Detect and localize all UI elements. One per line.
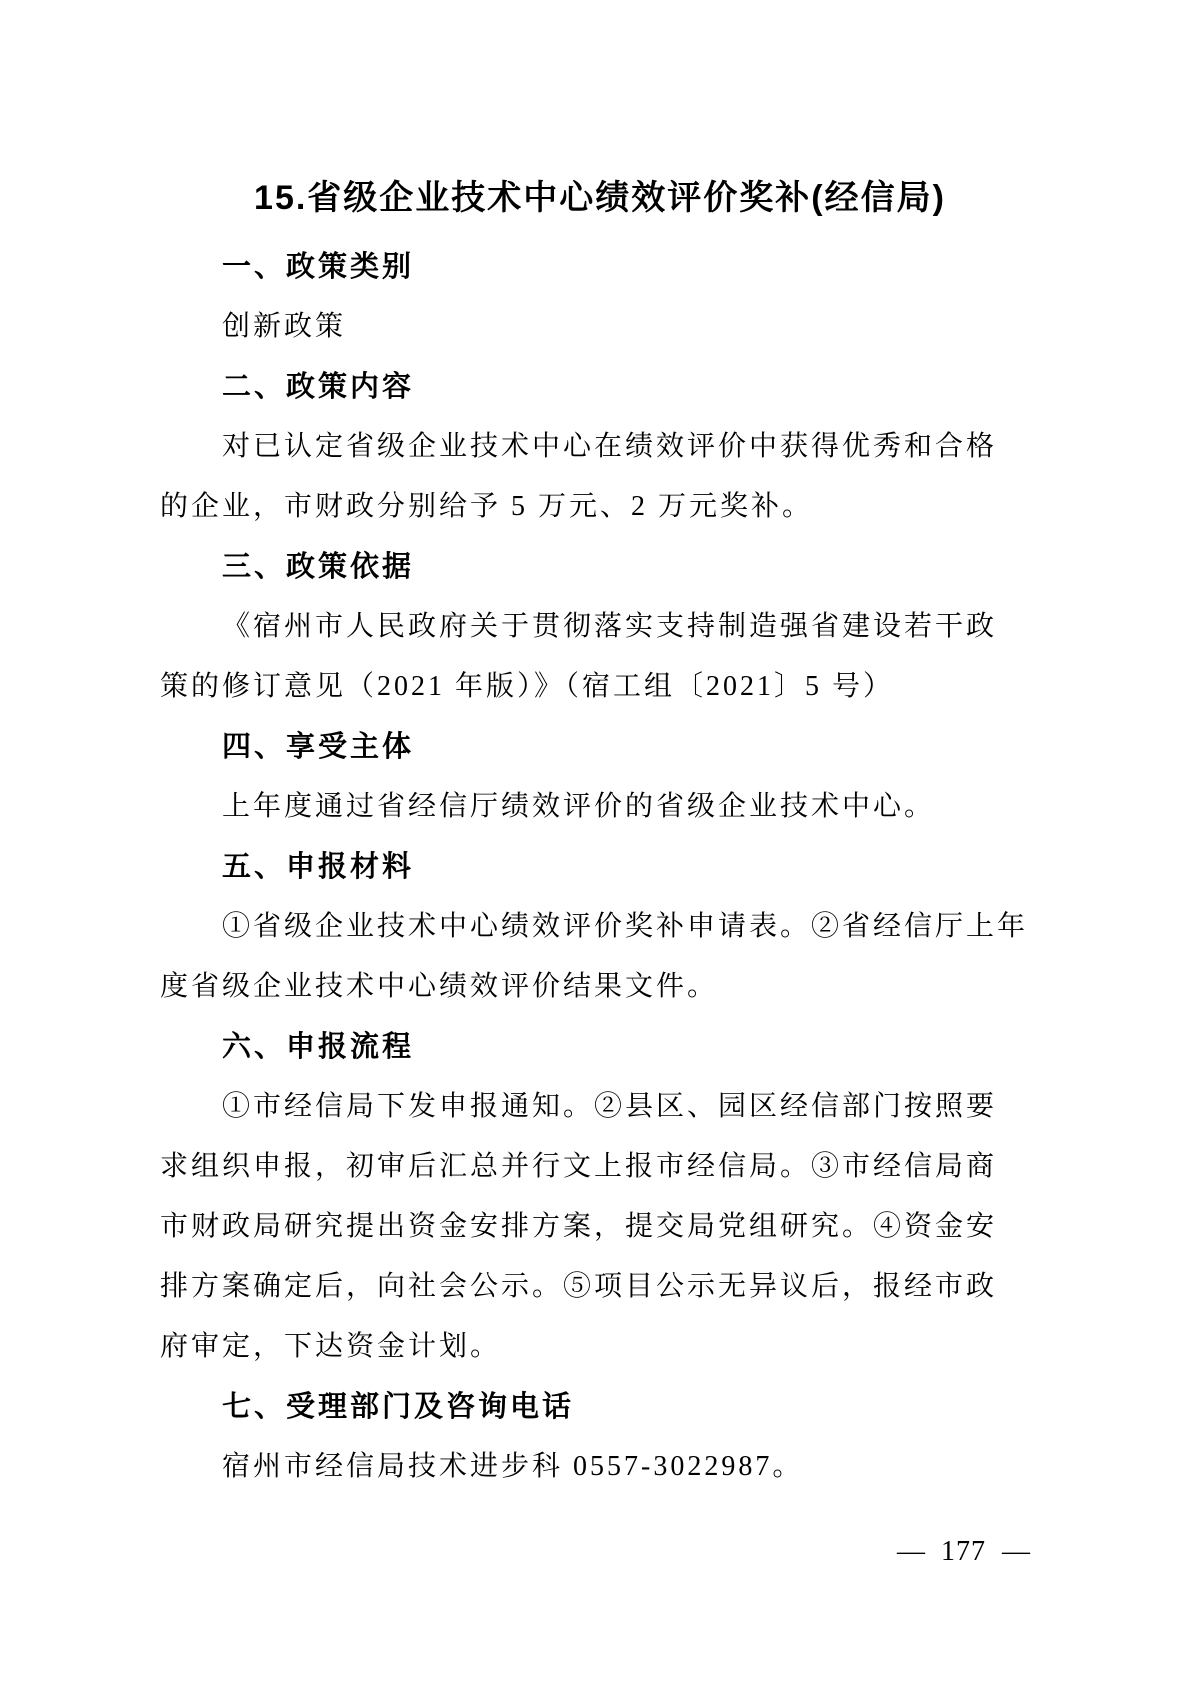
document-title: 15.省级企业技术中心绩效评价奖补(经信局) — [160, 170, 1040, 226]
body-line: 策的修订意见（2021 年版）》（宿工组〔2021〕5 号） — [160, 657, 1040, 717]
page-footer: —177— — [897, 1532, 1030, 1572]
footer-dash-right: — — [1002, 1536, 1030, 1567]
body-line: 对已认定省级企业技术中心在绩效评价中获得优秀和合格 — [160, 417, 1040, 477]
section-3-heading: 三、政策依据 — [160, 537, 1040, 597]
section-7-heading: 七、受理部门及咨询电话 — [160, 1377, 1040, 1437]
section-2-heading: 二、政策内容 — [160, 357, 1040, 417]
body-line: 市财政局研究提出资金安排方案，提交局党组研究。④资金安 — [160, 1197, 1040, 1257]
body-line: 的企业，市财政分别给予 5 万元、2 万元奖补。 — [160, 477, 1040, 537]
section-6-heading: 六、申报流程 — [160, 1017, 1040, 1077]
footer-dash-left: — — [897, 1536, 925, 1567]
document-page: 15.省级企业技术中心绩效评价奖补(经信局) 一、政策类别 创新政策 二、政策内… — [0, 0, 1190, 1683]
section-1-heading: 一、政策类别 — [160, 237, 1040, 297]
section-5-heading: 五、申报材料 — [160, 837, 1040, 897]
body-line: 宿州市经信局技术进步科 0557-3022987。 — [160, 1437, 1040, 1497]
page-number: 177 — [941, 1536, 986, 1567]
body-line: 排方案确定后，向社会公示。⑤项目公示无异议后，报经市政 — [160, 1257, 1040, 1317]
body-line: 《宿州市人民政府关于贯彻落实支持制造强省建设若干政 — [160, 597, 1040, 657]
section-4-heading: 四、享受主体 — [160, 717, 1040, 777]
document-content: 15.省级企业技术中心绩效评价奖补(经信局) 一、政策类别 创新政策 二、政策内… — [160, 0, 1040, 1497]
body-line: 创新政策 — [160, 297, 1040, 357]
body-line: ①省级企业技术中心绩效评价奖补申请表。②省经信厅上年 — [160, 897, 1040, 957]
body-line: 上年度通过省经信厅绩效评价的省级企业技术中心。 — [160, 777, 1040, 837]
body-line: 求组织申报，初审后汇总并行文上报市经信局。③市经信局商 — [160, 1137, 1040, 1197]
body-line: 度省级企业技术中心绩效评价结果文件。 — [160, 957, 1040, 1017]
body-line: ①市经信局下发申报通知。②县区、园区经信部门按照要 — [160, 1077, 1040, 1137]
body-line: 府审定，下达资金计划。 — [160, 1317, 1040, 1377]
